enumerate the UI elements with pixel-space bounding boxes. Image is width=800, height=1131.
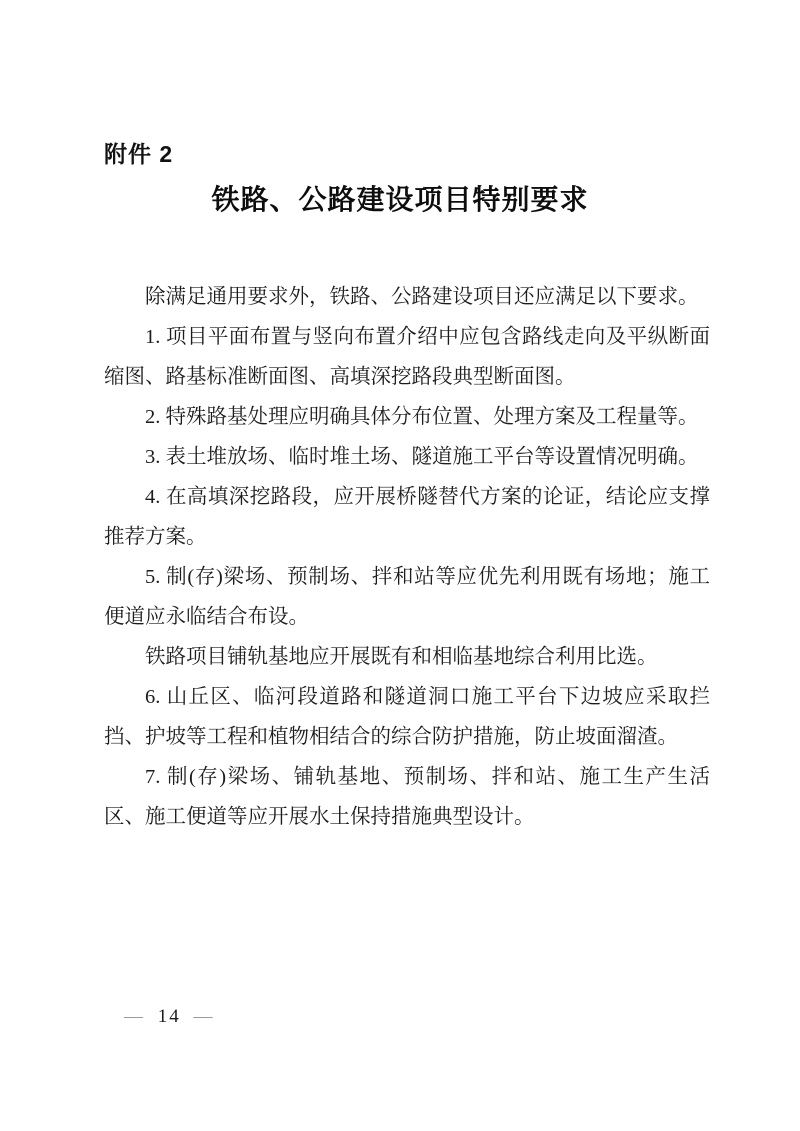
item-5-paragraph: 5. 制(存)梁场、预制场、拌和站等应优先利用既有场地；施工便道应永临结合布设。	[104, 557, 710, 637]
footer-page-num: 14	[158, 1006, 181, 1027]
item-1-paragraph: 1. 项目平面布置与竖向布置介绍中应包含路线走向及平纵断面缩图、路基标准断面图、…	[104, 317, 710, 397]
item-4-paragraph: 4. 在高填深挖路段，应开展桥隧替代方案的论证，结论应支撑推荐方案。	[104, 477, 710, 557]
item-6-paragraph: 6. 山丘区、临河段道路和隧道洞口施工平台下边坡应采取拦挡、护坡等工程和植物相结…	[104, 677, 710, 757]
attachment-label: 附件 2	[104, 136, 173, 169]
document-page: 附件 2 铁路、公路建设项目特别要求 除满足通用要求外，铁路、公路建设项目还应满…	[0, 0, 800, 1131]
footer-right-dash: —	[188, 1006, 221, 1027]
footer-left-dash: —	[118, 1006, 151, 1027]
document-body: 除满足通用要求外，铁路、公路建设项目还应满足以下要求。 1. 项目平面布置与竖向…	[104, 277, 710, 837]
page-number: — 14 —	[118, 1006, 221, 1028]
page-title: 铁路、公路建设项目特别要求	[0, 178, 800, 218]
railway-note-paragraph: 铁路项目铺轨基地应开展既有和相临基地综合利用比选。	[104, 637, 710, 677]
item-3-paragraph: 3. 表土堆放场、临时堆土场、隧道施工平台等设置情况明确。	[104, 437, 710, 477]
item-7-paragraph: 7. 制(存)梁场、铺轨基地、预制场、拌和站、施工生产生活区、施工便道等应开展水…	[104, 757, 710, 837]
intro-paragraph: 除满足通用要求外，铁路、公路建设项目还应满足以下要求。	[104, 277, 710, 317]
item-2-paragraph: 2. 特殊路基处理应明确具体分布位置、处理方案及工程量等。	[104, 397, 710, 437]
